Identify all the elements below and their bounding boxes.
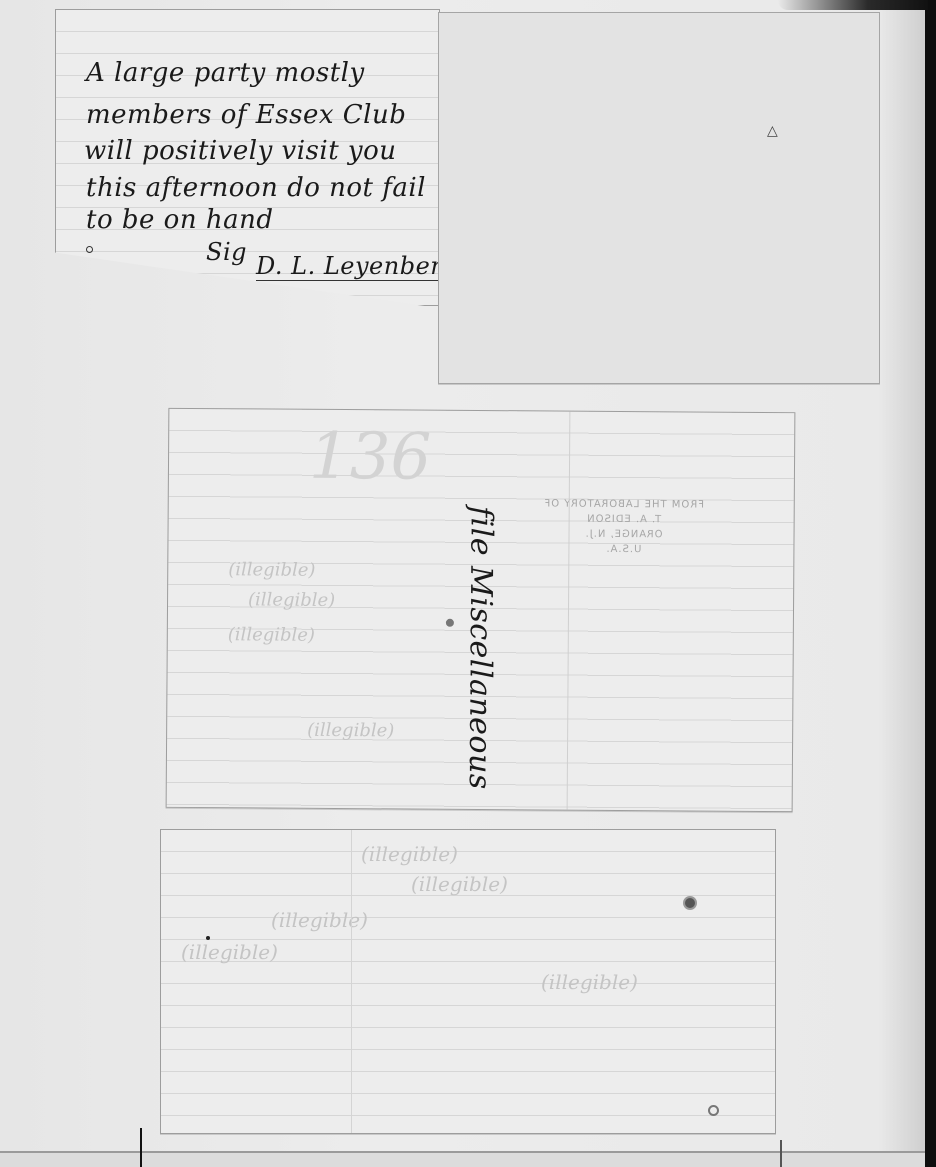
bleed-through-line: (illegible) [361, 842, 458, 866]
bleed-through-line: (illegible) [541, 970, 638, 994]
bleed-through-note-card: (illegible) (illegible) (illegible) (ill… [160, 829, 776, 1134]
bleed-through-line: (illegible) [411, 872, 508, 896]
note-line-3: will positively visit you [84, 136, 397, 166]
stamp-line: U.S.A. [538, 541, 708, 557]
margin-rule [351, 830, 352, 1133]
bleed-through-line: (illegible) [271, 908, 368, 932]
note-line-5: to be on hand [86, 205, 273, 235]
bleed-through-line: (illegible) [181, 940, 278, 964]
bleed-through-line: (illegible) [228, 559, 315, 581]
scan-shadow [778, 0, 928, 10]
bleed-through-line: (illegible) [307, 720, 394, 742]
ink-dot [206, 936, 210, 940]
stamp-line: ORANGE, N.J. [538, 526, 708, 542]
bleed-through-line: (illegible) [228, 624, 315, 646]
stamp-line: T. A. EDISON [539, 511, 709, 527]
file-annotation: file Miscellaneous [462, 506, 499, 790]
note-line-4: this afternoon do not fail [86, 173, 426, 203]
edge-mark [780, 1140, 782, 1167]
punch-mark [708, 1105, 719, 1116]
scan-edge [925, 0, 936, 1167]
note-line-1: A large party mostly [86, 58, 365, 88]
filed-note-card: 136 FROM THE LABORATORY OF T. A. EDISON … [166, 408, 796, 812]
sig-label: Sig [206, 238, 247, 266]
ink-spot [446, 619, 454, 627]
note-line-2: members of Essex Club [86, 100, 406, 130]
blank-note-card: △ [438, 12, 880, 384]
bleed-through-line: (illegible) [248, 589, 335, 611]
bottom-edge [0, 1151, 925, 1167]
faint-number: 136 [309, 420, 432, 495]
triangle-mark-icon: △ [767, 123, 778, 139]
edge-mark [140, 1128, 142, 1167]
edison-lab-stamp-mirrored: FROM THE LABORATORY OF T. A. EDISON ORAN… [538, 496, 708, 557]
punch-hole [683, 896, 697, 910]
punch-mark [86, 246, 93, 253]
margin-rule [567, 412, 571, 810]
stamp-line: FROM THE LABORATORY OF [539, 496, 709, 512]
